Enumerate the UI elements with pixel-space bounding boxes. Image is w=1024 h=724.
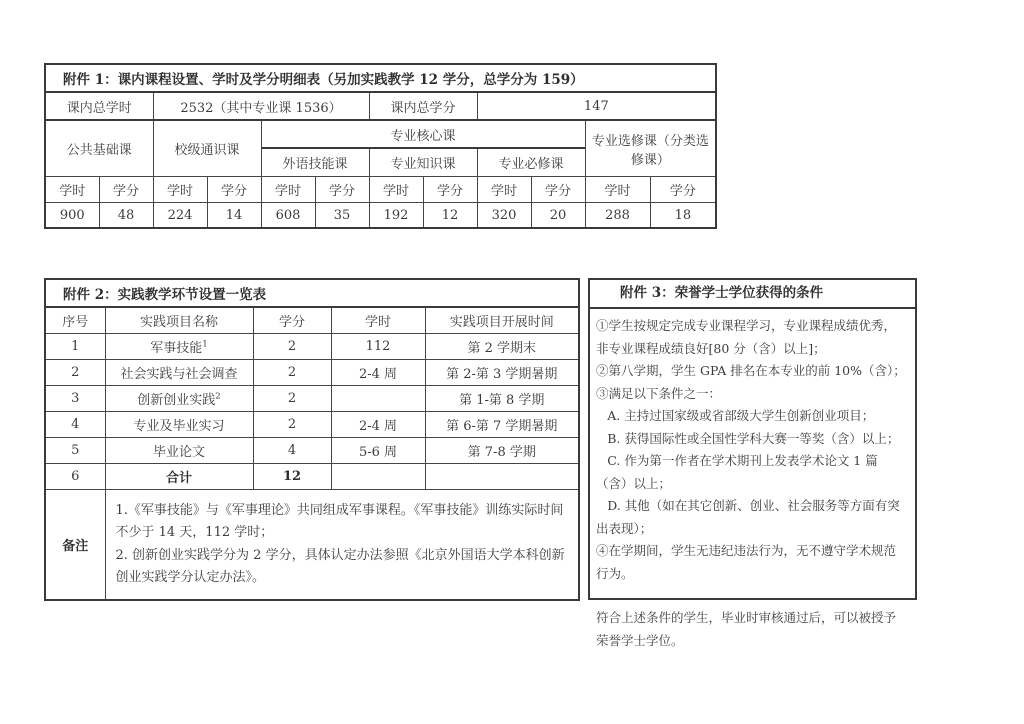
project-credits: 4 (253, 438, 331, 464)
project-name: 军事技能1 (105, 334, 253, 360)
value-cell: 900 (45, 203, 99, 229)
unit-credits-header: 学分 (99, 177, 153, 203)
condition-3b: B. 获得国际性或全国性学科大赛一等奖（含）以上； (596, 428, 908, 451)
condition-3a: A. 主持过国家级或省部级大学生创新创业项目； (596, 405, 908, 428)
header-major-knowledge: 专业知识课 (369, 148, 477, 177)
paragraph-spacer (596, 585, 908, 607)
value-cell: 20 (531, 203, 585, 229)
closing-statement: 符合上述条件的学生，毕业时审核通过后，可以被授予荣誉学士学位。 (596, 607, 908, 652)
value-cell: 12 (423, 203, 477, 229)
row-index: 3 (45, 386, 105, 412)
unit-hours-header: 学时 (45, 177, 99, 203)
attachment1-table: 附件 1：课内课程设置、学时及学分明细表（另加实践教学 12 学分，总学分为 1… (44, 63, 717, 229)
table-row: 5 毕业论文 4 5-6 周 第 7-8 学期 (45, 438, 579, 464)
condition-3: ③满足以下条件之一： (596, 383, 908, 406)
total-hours-label: 课内总学时 (45, 92, 153, 120)
col-header-project-name: 实践项目名称 (105, 307, 253, 334)
unit-credits-header: 学分 (423, 177, 477, 203)
project-credits: 2 (253, 386, 331, 412)
value-cell: 48 (99, 203, 153, 229)
table-row: 4 专业及毕业实习 2 2-4 周 第 6-第 7 学期暑期 (45, 412, 579, 438)
header-major-elective: 专业选修课（分类选修课） (585, 120, 716, 177)
total-credits-value: 147 (477, 92, 716, 120)
project-hours: 112 (331, 334, 425, 360)
document-page: 附件 1：课内课程设置、学时及学分明细表（另加实践教学 12 学分，总学分为 1… (0, 0, 1024, 724)
total-hours-value: 2532（其中专业课 1536） (153, 92, 369, 120)
attachment1-title: 附件 1：课内课程设置、学时及学分明细表（另加实践教学 12 学分，总学分为 1… (45, 64, 716, 92)
col-header-no: 序号 (45, 307, 105, 334)
project-name: 创新创业实践2 (105, 386, 253, 412)
value-cell: 192 (369, 203, 423, 229)
attachment3-title: 附件 3：荣誉学士学位获得的条件 (590, 280, 915, 309)
table-row-total: 6 合计 12 (45, 464, 579, 490)
value-cell: 18 (650, 203, 716, 229)
col-header-credits: 学分 (253, 307, 331, 334)
value-cell: 35 (315, 203, 369, 229)
remark-item: 1.《军事技能》与《军事理论》共同组成军事课程。《军事技能》训练实际时间不少于 … (116, 500, 567, 545)
attachment2-table: 附件 2：实践教学环节设置一览表 序号 实践项目名称 学分 学时 实践项目开展时… (44, 278, 580, 601)
col-header-time: 实践项目开展时间 (425, 307, 579, 334)
row-index: 4 (45, 412, 105, 438)
project-time: 第 6-第 7 学期暑期 (425, 412, 579, 438)
unit-hours-header: 学时 (477, 177, 531, 203)
row-index: 5 (45, 438, 105, 464)
unit-credits-header: 学分 (315, 177, 369, 203)
row-index: 1 (45, 334, 105, 360)
header-major-required: 专业必修课 (477, 148, 585, 177)
unit-credits-header: 学分 (650, 177, 716, 203)
condition-3c: C. 作为第一作者在学术期刊上发表学术论文 1 篇（含）以上； (596, 450, 908, 495)
value-cell: 320 (477, 203, 531, 229)
footnote-marker: 2 (215, 392, 220, 402)
project-credits: 2 (253, 334, 331, 360)
value-cell: 608 (261, 203, 315, 229)
project-time: 第 2-第 3 学期暑期 (425, 360, 579, 386)
total-time (425, 464, 579, 490)
attachment2-title: 附件 2：实践教学环节设置一览表 (45, 279, 579, 307)
condition-3d: D. 其他（如在其它创新、创业、社会服务等方面有突出表现）； (596, 495, 908, 540)
attachment3-body: ①学生按规定完成专业课程学习，专业课程成绩优秀，非专业课程成绩良好[80 分（含… (590, 309, 915, 652)
project-credits: 2 (253, 360, 331, 386)
project-time: 第 7-8 学期 (425, 438, 579, 464)
table-row: 3 创新创业实践2 2 第 1-第 8 学期 (45, 386, 579, 412)
project-hours: 5-6 周 (331, 438, 425, 464)
unit-hours-header: 学时 (261, 177, 315, 203)
row-index: 6 (45, 464, 105, 490)
value-cell: 224 (153, 203, 207, 229)
project-name: 毕业论文 (105, 438, 253, 464)
project-credits: 2 (253, 412, 331, 438)
project-hours: 2-4 周 (331, 412, 425, 438)
table-row: 2 社会实践与社会调查 2 2-4 周 第 2-第 3 学期暑期 (45, 360, 579, 386)
project-hours: 2-4 周 (331, 360, 425, 386)
value-cell: 14 (207, 203, 261, 229)
header-university-general: 校级通识课 (153, 120, 261, 177)
table-row: 1 军事技能1 2 112 第 2 学期末 (45, 334, 579, 360)
col-header-hours: 学时 (331, 307, 425, 334)
project-hours (331, 386, 425, 412)
unit-hours-header: 学时 (369, 177, 423, 203)
condition-4: ④在学期间，学生无违纪违法行为，无不遵守学术规范行为。 (596, 540, 908, 585)
header-foreign-language-skills: 外语技能课 (261, 148, 369, 177)
value-cell: 288 (585, 203, 650, 229)
unit-hours-header: 学时 (585, 177, 650, 203)
total-label: 合计 (105, 464, 253, 490)
total-hours (331, 464, 425, 490)
project-time: 第 2 学期末 (425, 334, 579, 360)
total-credits-label: 课内总学分 (369, 92, 477, 120)
header-public-basic: 公共基础课 (45, 120, 153, 177)
remark-item: 2. 创新创业实践学分为 2 学分，具体认定办法参照《北京外国语大学本科创新创业… (116, 545, 567, 590)
header-major-core: 专业核心课 (261, 120, 585, 148)
project-name: 专业及毕业实习 (105, 412, 253, 438)
remark-label: 备注 (45, 490, 105, 601)
project-name: 社会实践与社会调查 (105, 360, 253, 386)
footnote-marker: 1 (202, 340, 207, 350)
remark-text: 1.《军事技能》与《军事理论》共同组成军事课程。《军事技能》训练实际时间不少于 … (105, 490, 579, 601)
condition-2: ②第八学期，学生 GPA 排名在本专业的前 10%（含）； (596, 360, 908, 383)
row-index: 2 (45, 360, 105, 386)
condition-1: ①学生按规定完成专业课程学习，专业课程成绩优秀，非专业课程成绩良好[80 分（含… (596, 315, 908, 360)
attachment3-panel: 附件 3：荣誉学士学位获得的条件 ①学生按规定完成专业课程学习，专业课程成绩优秀… (588, 278, 917, 600)
unit-credits-header: 学分 (531, 177, 585, 203)
total-credits: 12 (253, 464, 331, 490)
unit-hours-header: 学时 (153, 177, 207, 203)
project-time: 第 1-第 8 学期 (425, 386, 579, 412)
unit-credits-header: 学分 (207, 177, 261, 203)
